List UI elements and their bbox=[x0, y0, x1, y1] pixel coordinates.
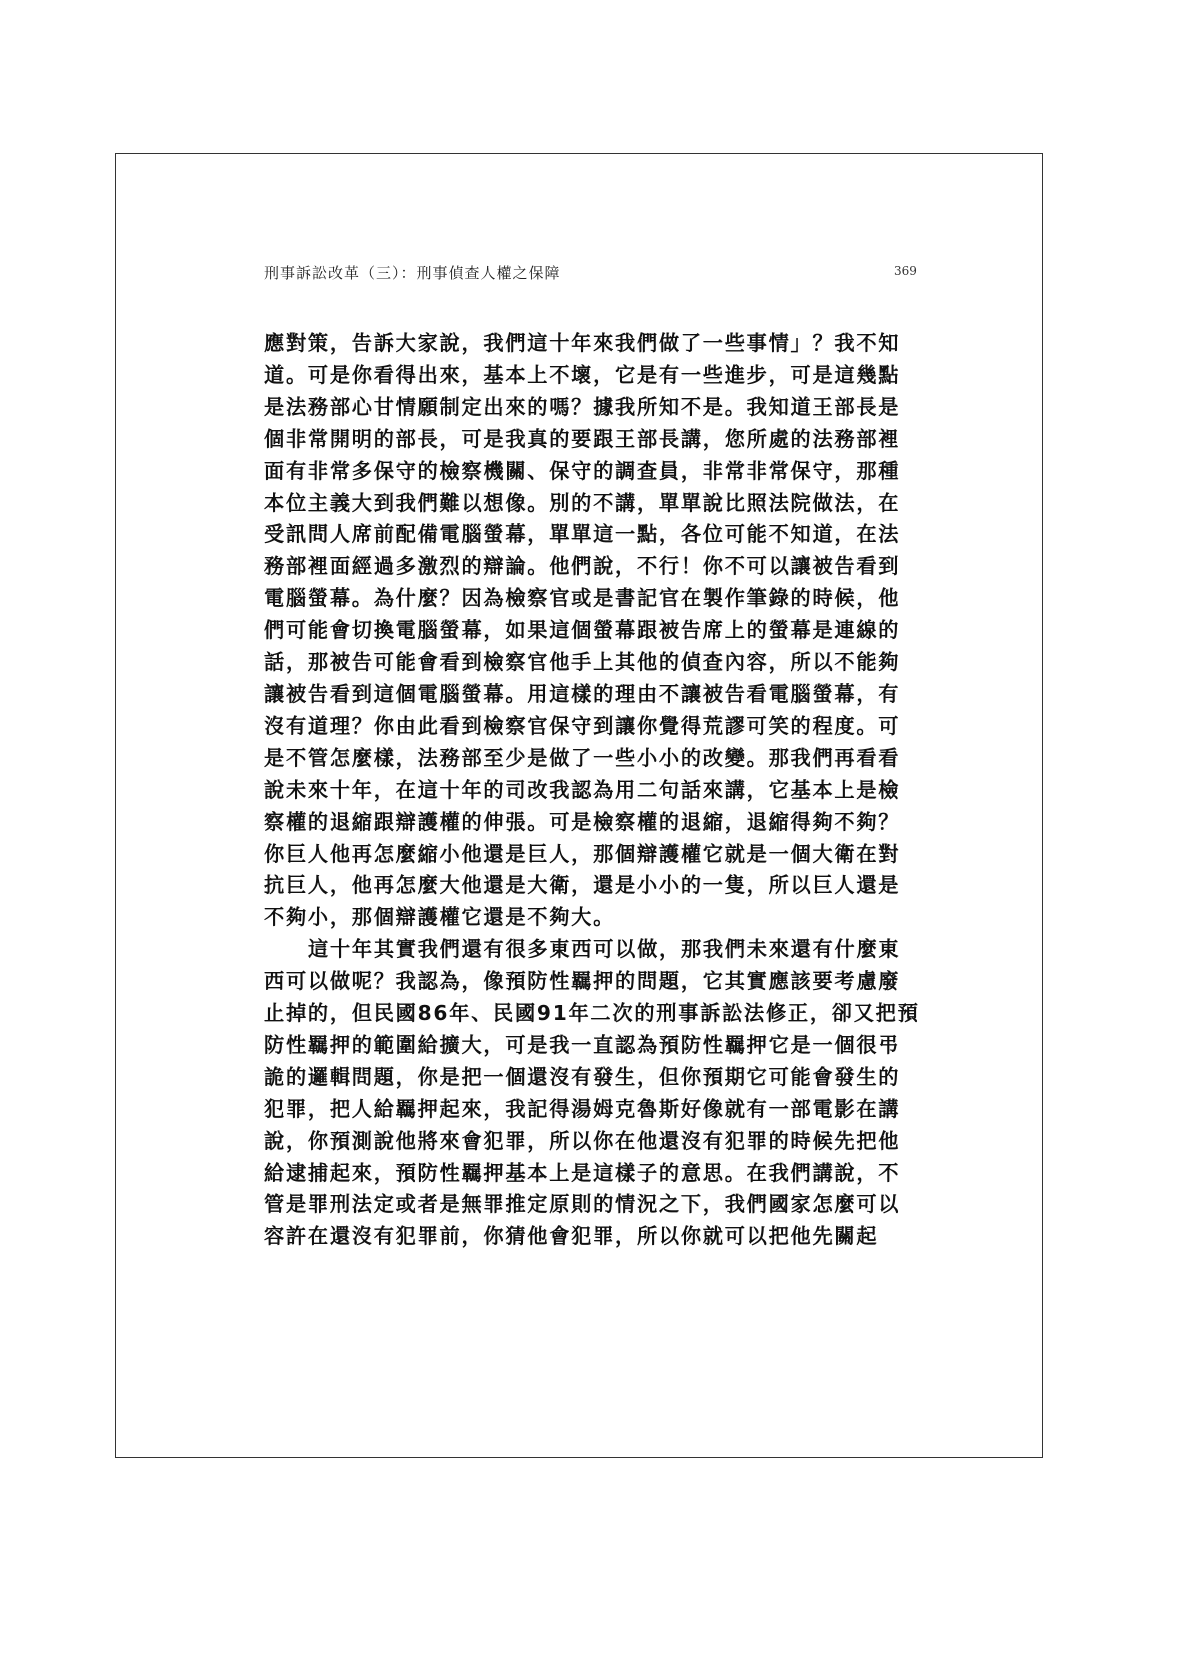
text-line: 不夠小，那個辯護權它還是不夠大。 bbox=[264, 902, 924, 934]
text-line: 道。可是你看得出來，基本上不壞，它是有一些進步，可是這幾點 bbox=[264, 360, 924, 392]
running-title: 刑事訴訟改革（三）：刑事偵查人權之保障 bbox=[264, 262, 918, 283]
text-line: 容許在還沒有犯罪前，你猜他會犯罪，所以你就可以把他先關起 bbox=[264, 1221, 924, 1253]
text-line: 面有非常多保守的檢察機關、保守的調查員，非常非常保守，那種 bbox=[264, 456, 924, 488]
text-line: 給逮捕起來，預防性羈押基本上是這樣子的意思。在我們講說，不 bbox=[264, 1158, 924, 1190]
text-line: 受訊問人席前配備電腦螢幕，單單這一點，各位可能不知道，在法 bbox=[264, 519, 924, 551]
text-line: 沒有道理？你由此看到檢察官保守到讓你覺得荒謬可笑的程度。可 bbox=[264, 711, 924, 743]
text-line: 止掉的，但民國86年、民國91年二次的刑事訴訟法修正，卻又把預 bbox=[264, 998, 924, 1030]
paragraph-start-line: 這十年其實我們還有很多東西可以做，那我們未來還有什麼東 bbox=[264, 934, 924, 966]
text-line: 電腦螢幕。為什麼？因為檢察官或是書記官在製作筆錄的時候，他 bbox=[264, 583, 924, 615]
text-line: 是法務部心甘情願制定出來的嗎？據我所知不是。我知道王部長是 bbox=[264, 392, 924, 424]
text-line: 管是罪刑法定或者是無罪推定原則的情況之下，我們國家怎麼可以 bbox=[264, 1189, 924, 1221]
text-line: 是不管怎麼樣，法務部至少是做了一些小小的改變。那我們再看看 bbox=[264, 743, 924, 775]
text-line: 說未來十年，在這十年的司改我認為用二句話來講，它基本上是檢 bbox=[264, 775, 924, 807]
text-line: 說，你預測說他將來會犯罪，所以你在他還沒有犯罪的時候先把他 bbox=[264, 1126, 924, 1158]
text-line: 抗巨人，他再怎麼大他還是大衛，還是小小的一隻，所以巨人還是 bbox=[264, 870, 924, 902]
text-line: 本位主義大到我們難以想像。別的不講，單單說比照法院做法，在 bbox=[264, 488, 924, 520]
text-line: 你巨人他再怎麼縮小他還是巨人，那個辯護權它就是一個大衛在對 bbox=[264, 839, 924, 871]
text-line: 應對策，告訴大家說，我們這十年來我們做了一些事情」？我不知 bbox=[264, 328, 924, 360]
text-line: 個非常開明的部長，可是我真的要跟王部長講，您所處的法務部裡 bbox=[264, 424, 924, 456]
text-line: 讓被告看到這個電腦螢幕。用這樣的理由不讓被告看電腦螢幕，有 bbox=[264, 679, 924, 711]
text-line: 西可以做呢？我認為，像預防性羈押的問題，它其實應該要考慮廢 bbox=[264, 966, 924, 998]
text-line: 們可能會切換電腦螢幕，如果這個螢幕跟被告席上的螢幕是連線的 bbox=[264, 615, 924, 647]
text-line: 務部裡面經過多激烈的辯論。他們說，不行！你不可以讓被告看到 bbox=[264, 551, 924, 583]
text-line: 察權的退縮跟辯護權的伸張。可是檢察權的退縮，退縮得夠不夠？ bbox=[264, 807, 924, 839]
body-text: 應對策，告訴大家說，我們這十年來我們做了一些事情」？我不知 道。可是你看得出來，… bbox=[264, 328, 924, 1253]
text-line: 話，那被告可能會看到檢察官他手上其他的偵查內容，所以不能夠 bbox=[264, 647, 924, 679]
text-line: 防性羈押的範圍給擴大，可是我一直認為預防性羈押它是一個很弔 bbox=[264, 1030, 924, 1062]
text-line: 詭的邏輯問題，你是把一個還沒有發生，但你預期它可能會發生的 bbox=[264, 1062, 924, 1094]
text-line: 犯罪，把人給羈押起來，我記得湯姆克魯斯好像就有一部電影在講 bbox=[264, 1094, 924, 1126]
page-number: 369 bbox=[894, 264, 917, 278]
